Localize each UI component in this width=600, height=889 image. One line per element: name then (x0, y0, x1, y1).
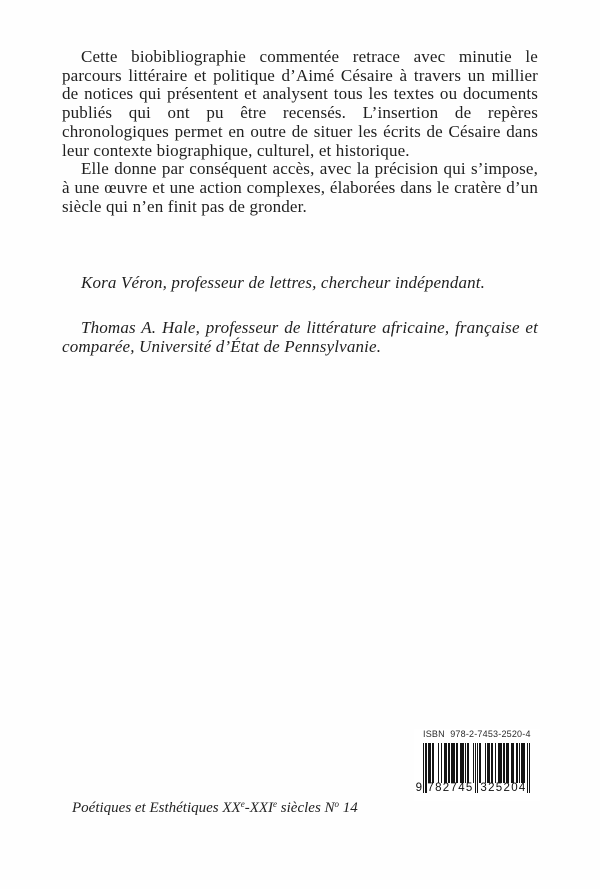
barcode-block: ISBN 978-2-7453-2520-4 9 782745 325204 (414, 729, 540, 801)
barcode-bar (446, 743, 447, 783)
blurb-paragraph-2: Elle donne par conséquent accès, avec la… (62, 160, 538, 216)
book-back-cover: Cette biobibliographie commentée retrace… (0, 0, 600, 889)
barcode-bar (479, 743, 480, 783)
barcode-bar (485, 743, 486, 783)
barcode-bar (492, 743, 493, 783)
author-bios: Kora Véron, professeur de lettres, cherc… (62, 274, 538, 356)
series-text: Poétiques et Esthétiques XX (72, 800, 241, 816)
barcode-bar (453, 743, 454, 783)
series-superscript: e (241, 799, 245, 809)
barcode-bar (441, 743, 442, 783)
barcode-bar (501, 743, 502, 783)
barcode-bar (488, 743, 489, 783)
barcode-bar (516, 743, 517, 783)
author-bio-kora-veron: Kora Véron, professeur de lettres, cherc… (62, 274, 538, 293)
barcode-bar (433, 743, 434, 783)
series-text: siècles N (277, 800, 335, 816)
author-bio-thomas-hale: Thomas A. Hale, professeur de littératur… (62, 319, 538, 356)
series-number: 14 (339, 800, 358, 816)
barcode-bar (430, 743, 431, 783)
barcode-bar (523, 743, 524, 783)
barcode-bar (438, 743, 439, 783)
series-superscript: e (273, 799, 277, 809)
barcode-bar (457, 743, 458, 783)
series-superscript: o (335, 799, 340, 809)
series-text: -XXI (245, 800, 273, 816)
barcode-bar (468, 743, 469, 783)
series-title: Poétiques et Esthétiques XXe-XXIe siècle… (57, 780, 358, 837)
barcode-bar (449, 743, 450, 783)
ean-lead-digit: 9 (414, 782, 422, 795)
ean-right-group: 325204 (480, 782, 527, 795)
barcode-bar (495, 743, 496, 783)
barcode-bar (519, 743, 520, 783)
barcode-bar (462, 743, 463, 783)
barcode-bar (465, 743, 466, 783)
ean-left-group: 782745 (427, 782, 474, 795)
ean-digits: 9 782745 325204 (414, 782, 540, 795)
isbn-label: ISBN 978-2-7453-2520-4 (423, 729, 530, 739)
back-cover-text: Cette biobibliographie commentée retrace… (62, 48, 538, 356)
barcode-bar (507, 743, 508, 783)
barcode-bar (473, 743, 474, 783)
barcode-bar (513, 743, 514, 783)
barcode-bar (504, 743, 505, 783)
blurb-paragraph-1: Cette biobibliographie commentée retrace… (62, 48, 538, 160)
